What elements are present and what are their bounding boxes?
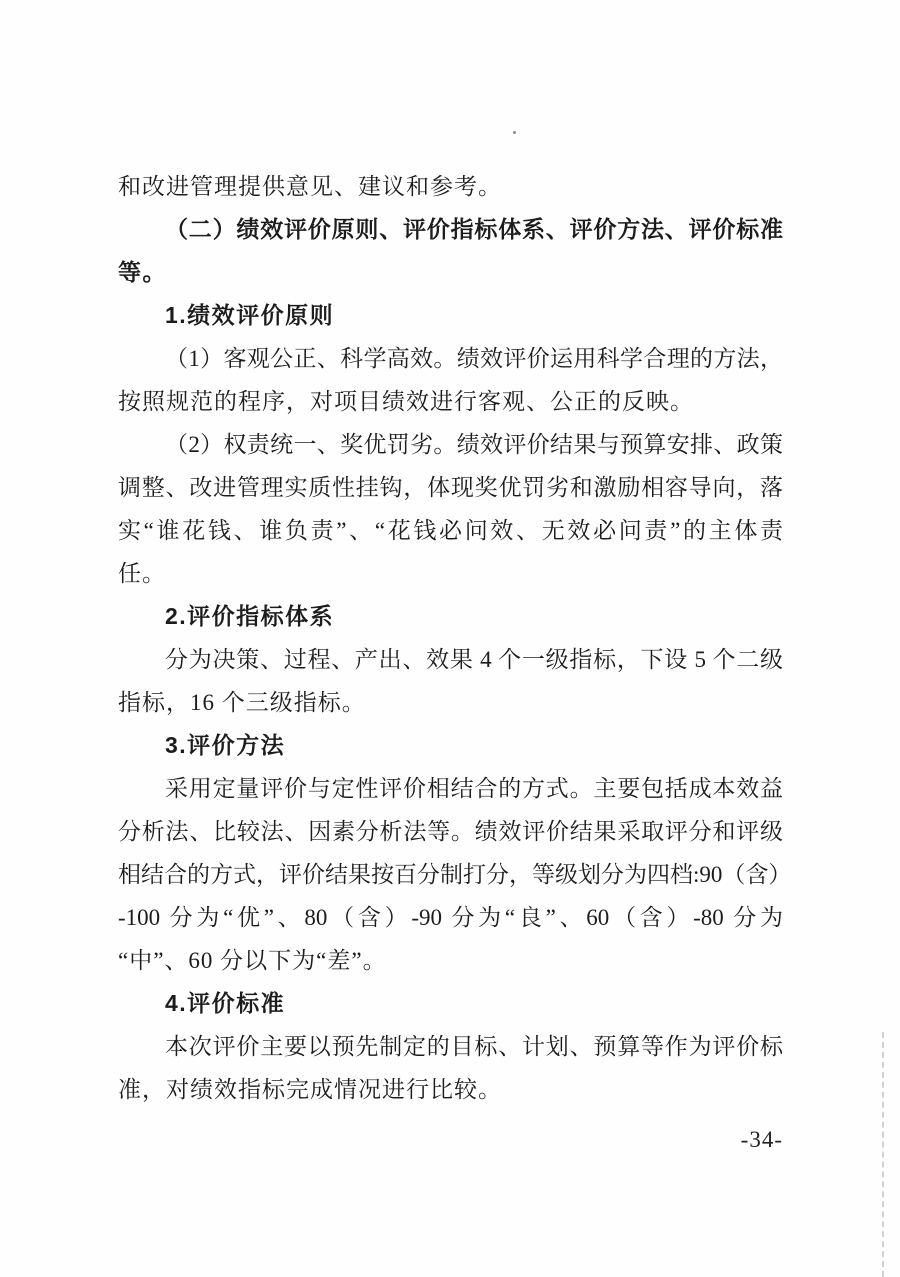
heading-line: 4.评价标准 [118, 982, 783, 1025]
text-line: 任。 [118, 552, 783, 595]
heading-line: 1.绩效评价原则 [118, 294, 783, 337]
heading-line: 等。 [118, 251, 783, 294]
text-line: 和改进管理提供意见、建议和参考。 [118, 165, 783, 208]
text-line: （1）客观公正、科学高效。绩效评价运用科学合理的方法， [118, 337, 783, 380]
scan-artifact-line [882, 1032, 884, 1277]
heading-line: 3.评价方法 [118, 724, 783, 767]
text-line: 采用定量评价与定性评价相结合的方式。主要包括成本效益 [118, 767, 783, 810]
text-line: 分析法、比较法、因素分析法等。绩效评价结果采取评分和评级 [118, 810, 783, 853]
text-line: 按照规范的程序，对项目绩效进行客观、公正的反映。 [118, 380, 783, 423]
text-line: （2）权责统一、奖优罚劣。绩效评价结果与预算安排、政策 [118, 423, 783, 466]
page-number: -34- [741, 1120, 783, 1160]
document-page: 和改进管理提供意见、建议和参考。（二）绩效评价原则、评价指标体系、评价方法、评价… [0, 0, 900, 1277]
text-line: 准，对绩效指标完成情况进行比较。 [118, 1068, 783, 1111]
heading-line: （二）绩效评价原则、评价指标体系、评价方法、评价标准 [118, 208, 783, 251]
heading-line: 2.评价指标体系 [118, 595, 783, 638]
document-body: 和改进管理提供意见、建议和参考。（二）绩效评价原则、评价指标体系、评价方法、评价… [118, 165, 783, 1111]
text-line: 指标，16 个三级指标。 [118, 681, 783, 724]
text-line: 本次评价主要以预先制定的目标、计划、预算等作为评价标 [118, 1025, 783, 1068]
text-line: 相结合的方式，评价结果按百分制打分，等级划分为四档:90（含） [118, 853, 783, 896]
text-line: 实“谁花钱、谁负责”、“花钱必问效、无效必问责”的主体责 [118, 509, 783, 552]
text-line: “中”、60 分以下为“差”。 [118, 939, 783, 982]
scan-speck [513, 131, 516, 134]
text-line: 调整、改进管理实质性挂钩，体现奖优罚劣和激励相容导向，落 [118, 466, 783, 509]
text-line: -100 分为“优”、80（含）-90 分为“良”、60（含）-80 分为 [118, 896, 783, 939]
text-line: 分为决策、过程、产出、效果 4 个一级指标，下设 5 个二级 [118, 638, 783, 681]
